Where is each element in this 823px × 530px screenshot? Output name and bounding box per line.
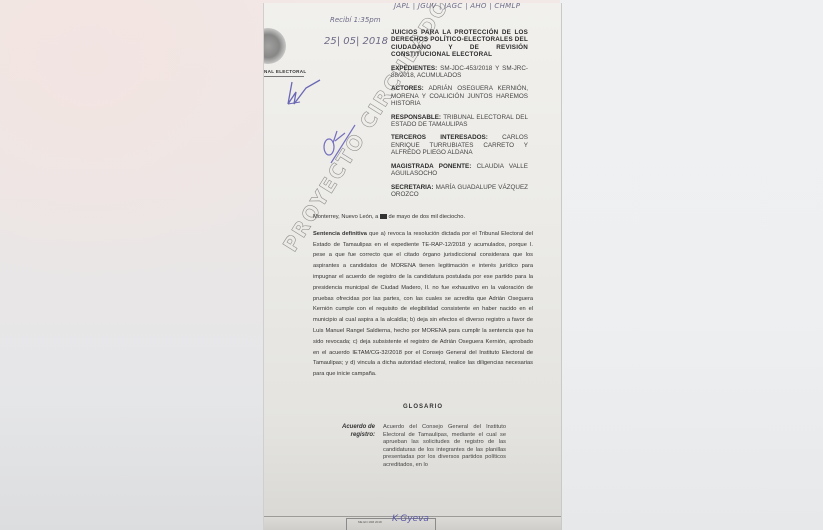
handwritten-date: 25| 05| 2018 (324, 36, 388, 47)
underlying-page-edge: ME EN 19M 2018 K-Gyeva (264, 516, 561, 530)
field-label: TERCEROS INTERESADOS: (391, 134, 488, 141)
sentence-body: Monterrey, Nuevo León, a de mayo de dos … (313, 212, 533, 380)
signature-icon (284, 78, 324, 108)
field-magistrada-ponente: MAGISTRADA PONENTE: CLAUDIA VALLE AGUILA… (391, 163, 528, 178)
place-suffix: de mayo de dos mil dieciocho. (389, 214, 466, 220)
glosario-heading: GLOSARIO (313, 404, 533, 410)
sentence-lead: Sentencia definitiva (313, 231, 367, 237)
field-terceros-interesados: TERCEROS INTERESADOS: CARLOS ENRIQUE TUR… (391, 134, 528, 156)
field-actores: ACTORES: ADRIÁN OSEGUERA KERNIÓN, MORENA… (391, 85, 528, 107)
glosario-term: Acuerdo de registro: (337, 424, 375, 439)
national-seal-icon (263, 28, 286, 64)
sentence-paragraph: Sentencia definitiva que a) revoca la re… (313, 229, 533, 380)
redacted-block (380, 214, 387, 219)
handwritten-initials: JAPL | JGUV | JAGC | AHO | CHMLP (394, 3, 520, 10)
document-page: JAPL | JGUV | JAGC | AHO | CHMLP Recibí … (263, 3, 562, 530)
field-label: SECRETARIA: (391, 184, 434, 191)
handwritten-received-note: Recibí 1:35pm (330, 16, 381, 24)
field-label: MAGISTRADA PONENTE: (391, 163, 471, 170)
glosario-definition: Acuerdo del Consejo General del Institut… (383, 424, 506, 470)
seal-caption: NAL ELECTORAL (264, 69, 307, 74)
field-label: RESPONSABLE: (391, 114, 441, 121)
sentence-text: que a) revoca la resolución dictada por … (313, 231, 533, 377)
stamp-text: ME EN 19M 2018 (358, 520, 382, 524)
place-date-line: Monterrey, Nuevo León, a de mayo de dos … (313, 212, 533, 223)
blurred-background-right (560, 0, 823, 530)
stamp-signature: K-Gyeva (392, 514, 429, 524)
field-responsable: RESPONSABLE: TRIBUNAL ELECTORAL DEL ESTA… (391, 114, 528, 129)
seal-underline (264, 76, 304, 77)
field-secretaria: SECRETARIA: MARÍA GUADALUPE VÁZQUEZ OROZ… (391, 184, 528, 199)
